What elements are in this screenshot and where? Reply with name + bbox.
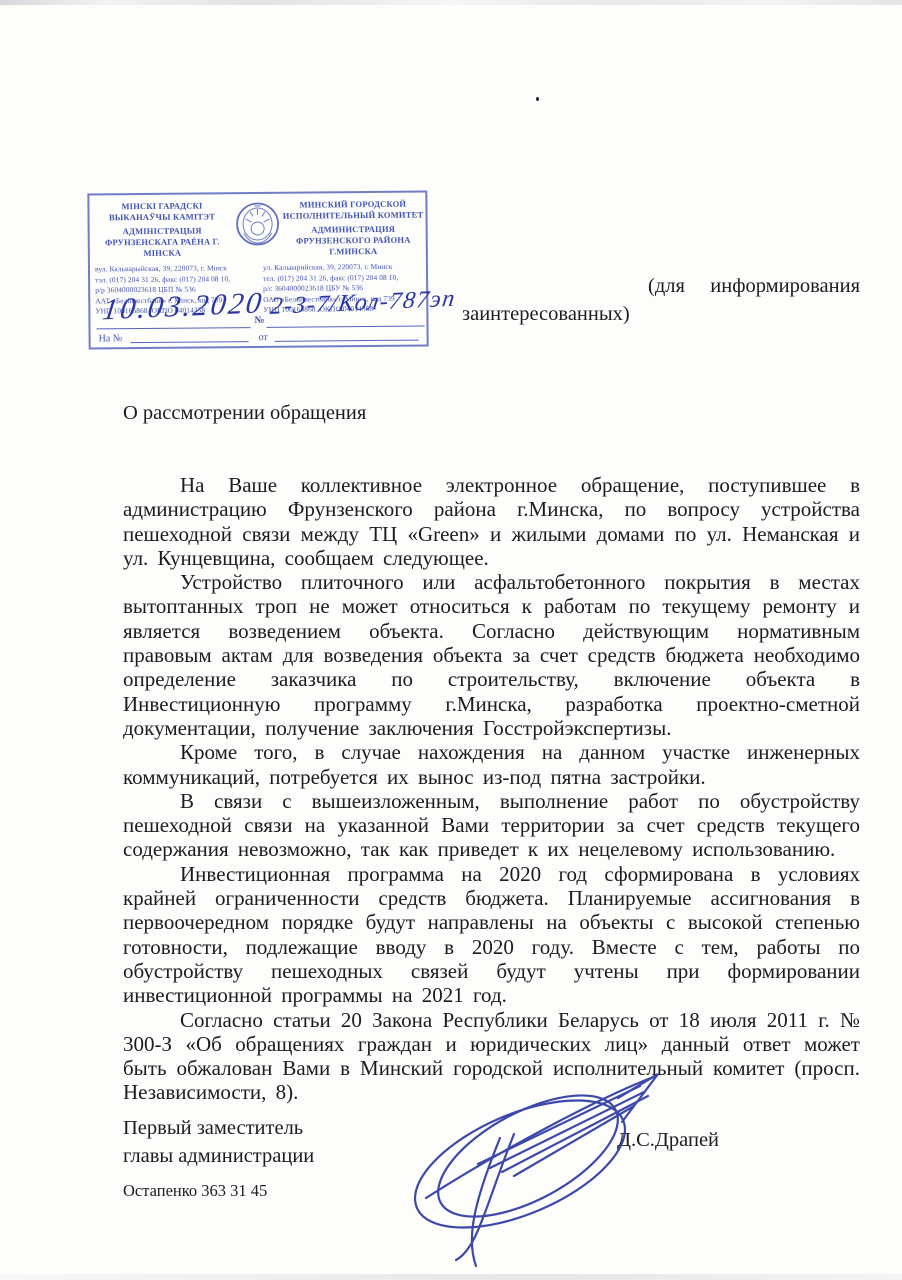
- letter-body: На Ваше коллективное электронное обращен…: [123, 473, 860, 1105]
- body-paragraph: На Ваше коллективное электронное обращен…: [123, 473, 860, 570]
- body-paragraph: Инвестиционная программа на 2020 год сфо…: [123, 862, 860, 1008]
- org-committee-by: МІНСКІ ГАРАДСКІ ВЫКАНАЎЧЫ КАМІТЭТ: [89, 200, 234, 223]
- date-underline: [97, 327, 251, 329]
- addressee-note: (для информирования заинтересованных): [462, 272, 860, 328]
- stamp-header: МІНСКІ ГАРАДСКІ ВЫКАНАЎЧЫ КАМІТЭТ АДМІНІ…: [89, 193, 426, 259]
- body-paragraph: Кроме того, в случае нахождения на данно…: [123, 740, 860, 789]
- letterhead-stamp: МІНСКІ ГАРАДСКІ ВЫКАНАЎЧЫ КАМІТЭТ АДМІНІ…: [87, 191, 428, 350]
- reply-date-line: [275, 340, 419, 342]
- stamp-column-russian: МИНСКИЙ ГОРОДСКОЙ ИСПОЛНИТЕЛЬНЫЙ КОМИТЕТ…: [280, 199, 425, 257]
- scan-edge-smudge-bottom: [0, 1274, 902, 1280]
- scan-edge-smudge-top: [0, 0, 902, 5]
- number-label: №: [254, 315, 264, 326]
- org-committee-ru: МИНСКИЙ ГОРОДСКОЙ ИСПОЛНИТЕЛЬНЫЙ КОМИТЕТ: [280, 199, 425, 222]
- reply-date-label: от: [259, 332, 268, 343]
- body-paragraph: Устройство плиточного или асфальтобетонн…: [123, 570, 860, 740]
- belarus-coat-of-arms-icon: [234, 200, 280, 248]
- signatory-position: Первый заместитель главы администрации: [123, 1114, 314, 1170]
- subject-line: О рассмотрении обращения: [123, 402, 366, 425]
- scan-artifact-dot: [536, 97, 539, 101]
- reply-number-label: На №: [99, 333, 123, 344]
- stamp-column-belarusian: МІНСКІ ГАРАДСКІ ВЫКАНАЎЧЫ КАМІТЭТ АДМІНІ…: [89, 200, 234, 258]
- number-underline: [266, 326, 424, 328]
- handwritten-signature-icon: [378, 1052, 680, 1278]
- reply-number-line: [131, 341, 249, 343]
- org-administration-ru: АДМИНИСТРАЦИЯ ФРУНЗЕНСКОГО РАЙОНА Г.МИНС…: [281, 224, 426, 257]
- scanned-letter-page: МІНСКІ ГАРАДСКІ ВЫКАНАЎЧЫ КАМІТЭТ АДМІНІ…: [0, 0, 902, 1280]
- body-paragraph: В связи с вышеизложенным, выполнение раб…: [123, 789, 860, 862]
- org-administration-by: АДМІНІСТРАЦЫЯ ФРУНЗЕНСКАГА РАЁНА Г. МІНС…: [90, 225, 235, 258]
- executor-contact: Остапенко 363 31 45: [123, 1181, 267, 1201]
- handwritten-date: 10.03.2020: [100, 286, 265, 327]
